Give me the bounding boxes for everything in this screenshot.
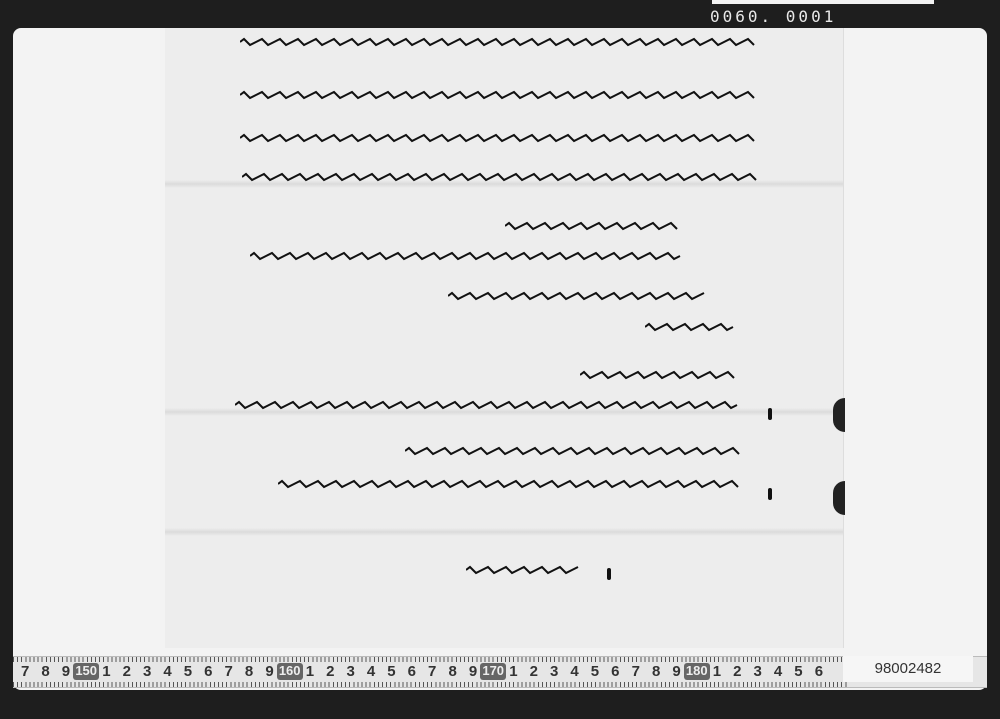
handwritten-line — [448, 289, 708, 303]
handwritten-line — [235, 398, 740, 412]
document-paper — [165, 28, 844, 648]
handwritten-line — [278, 477, 742, 491]
ruler-number: 8 — [442, 663, 462, 680]
punch-hole — [833, 398, 845, 432]
fold-crease — [165, 528, 843, 536]
handwritten-line — [645, 320, 735, 334]
ruler-number: 6 — [198, 663, 218, 680]
ruler-number: 7 — [219, 663, 239, 680]
ruler-numbers: 7891501234567891601234567891701234567891… — [15, 663, 850, 680]
ruler-number: 2 — [320, 663, 340, 680]
ruler-number: 1 — [96, 663, 116, 680]
frame-number: 0060. 0001 — [710, 7, 836, 26]
ruler-number: 5 — [585, 663, 605, 680]
ruler-number: 5 — [178, 663, 198, 680]
ruler-number: 4 — [157, 663, 177, 680]
handwritten-line — [240, 35, 757, 49]
ruler-number: 2 — [727, 663, 747, 680]
ruler-number: 4 — [564, 663, 584, 680]
ruler-number: 2 — [117, 663, 137, 680]
handwritten-line — [240, 131, 757, 145]
handwritten-line — [250, 249, 682, 263]
ruler-number: 8 — [239, 663, 259, 680]
handwritten-line — [466, 563, 580, 577]
ruler-number: 7 — [626, 663, 646, 680]
ruler-number: 1 — [300, 663, 320, 680]
ruler-number: 8 — [646, 663, 666, 680]
handwritten-line — [505, 219, 680, 233]
handwritten-line — [405, 444, 740, 458]
ruler-number: 4 — [768, 663, 788, 680]
archive-id-label: 98002482 — [843, 656, 973, 682]
handwritten-line — [242, 170, 760, 184]
margin-mark — [768, 408, 772, 420]
ruler-number: 6 — [809, 663, 829, 680]
margin-mark — [768, 488, 772, 500]
ruler-number: 5 — [381, 663, 401, 680]
ruler-number: 3 — [748, 663, 768, 680]
ruler-number: 4 — [361, 663, 381, 680]
ruler-number: 6 — [605, 663, 625, 680]
ruler-number: 3 — [544, 663, 564, 680]
handwritten-line — [580, 368, 735, 382]
punch-hole — [833, 481, 845, 515]
top-film-strip — [712, 0, 934, 4]
ruler-number: 1 — [503, 663, 523, 680]
ruler-number: 3 — [340, 663, 360, 680]
ruler-number: 5 — [788, 663, 808, 680]
ruler-number: 1 — [707, 663, 727, 680]
ruler-number: 3 — [137, 663, 157, 680]
measuring-ruler: 7891501234567891601234567891701234567891… — [13, 656, 987, 688]
ruler-number: 2 — [524, 663, 544, 680]
ruler-number: 7 — [15, 663, 35, 680]
ruler-number: 7 — [422, 663, 442, 680]
margin-mark — [607, 568, 611, 580]
ruler-number: 6 — [402, 663, 422, 680]
ruler-number: 8 — [35, 663, 55, 680]
handwritten-line — [240, 88, 757, 102]
